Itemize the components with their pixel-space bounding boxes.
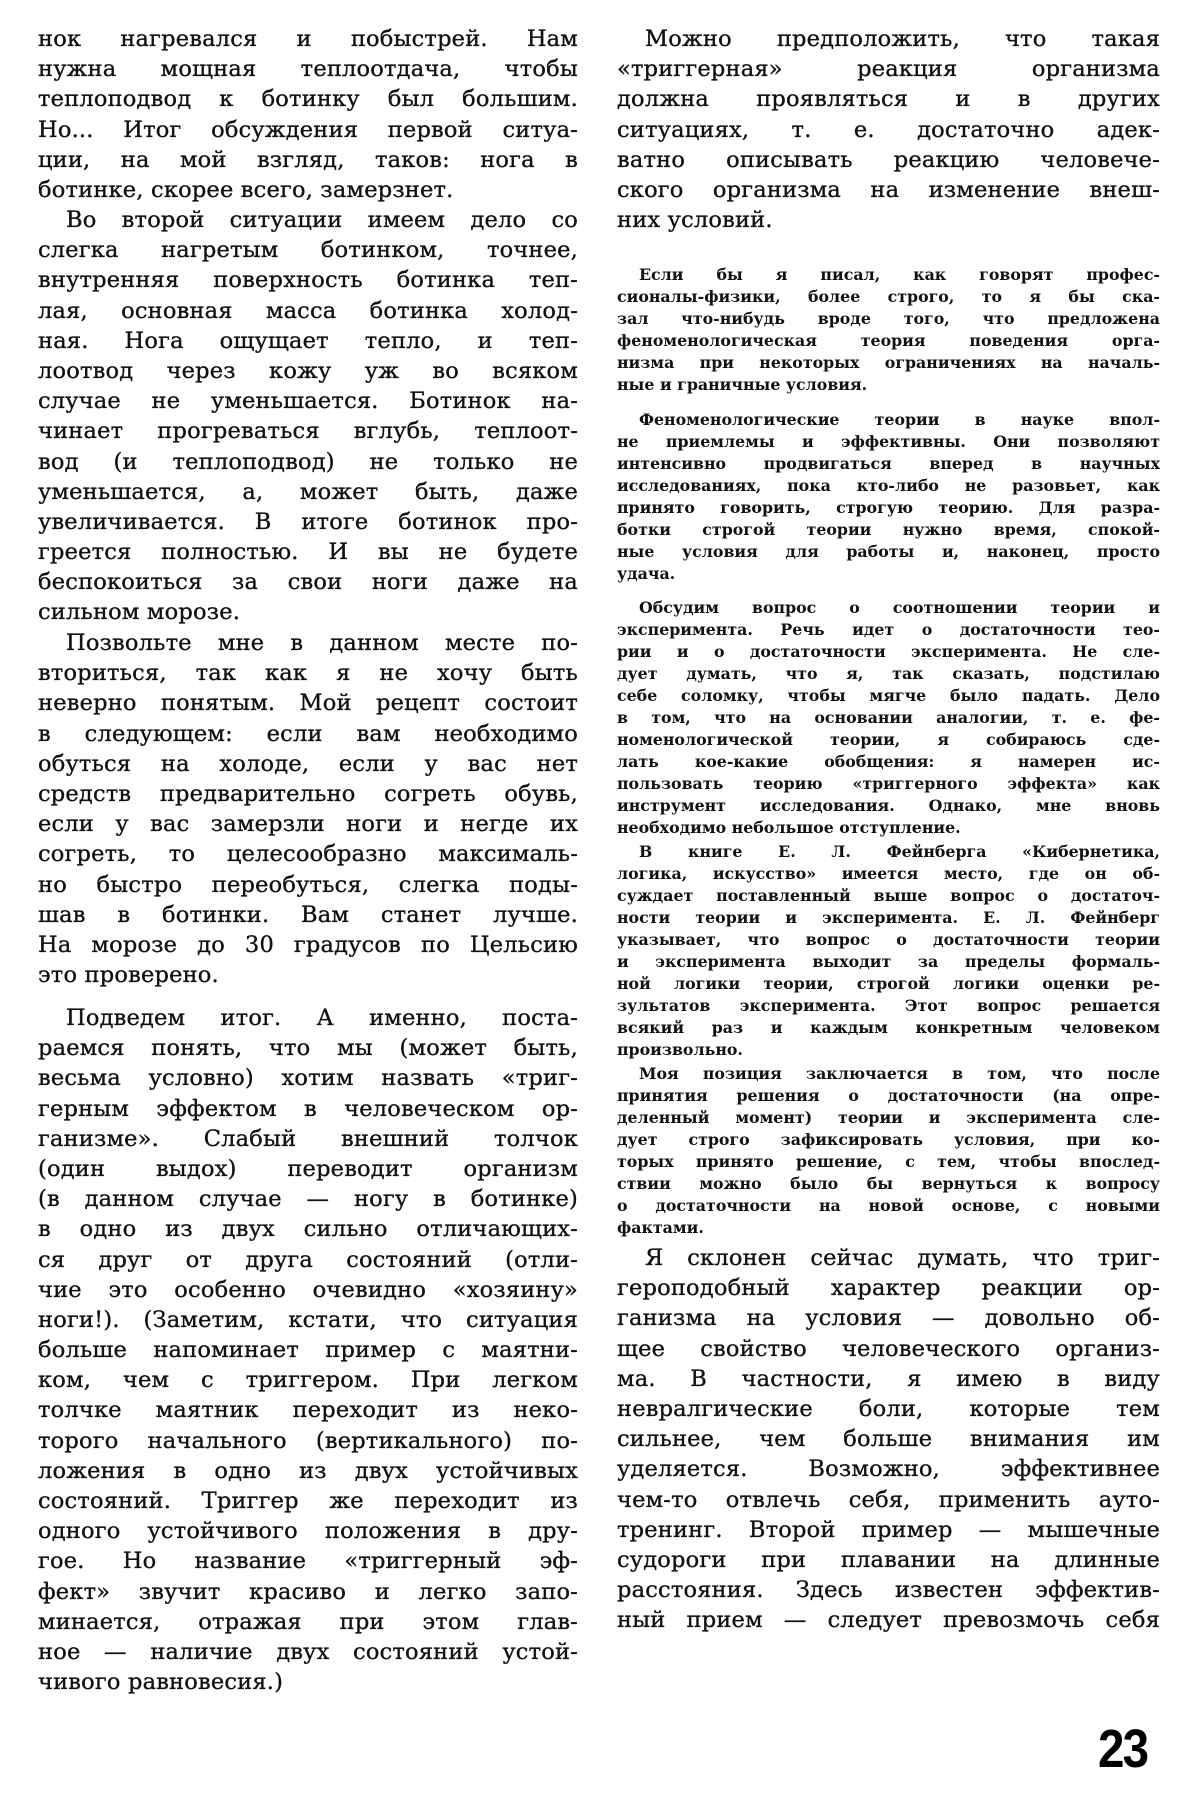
text-line: ный прием — следует превозмочь себя	[617, 1605, 1160, 1635]
text-line: щее свойство человеческого организ-	[617, 1334, 1160, 1364]
text-line: Феноменологические теории в науке впол-	[617, 409, 1160, 431]
text-line: ситуациях, т. е. достаточно адек-	[617, 115, 1160, 145]
text-line: толчке маятник переходит из неко-	[38, 1395, 578, 1425]
text-line: чем-то отвлечь себя, применить ауто-	[617, 1485, 1160, 1515]
text-line: судороги при плавании на длинные	[617, 1545, 1160, 1575]
paragraph-theory-experiment: Обсудим вопрос о соотношении теории и эк…	[617, 597, 1160, 839]
text-line: обуться на холоде, если у вас нет	[38, 749, 578, 779]
text-line: сильном морозе.	[38, 597, 578, 627]
text-line: не приемлемы и эффективны. Они позволяют	[617, 431, 1160, 453]
text-line: это проверено.	[38, 960, 578, 990]
text-line: уменьшается, а, может быть, даже	[38, 477, 578, 507]
text-line: чие это особенно очевидно «хозяину»	[38, 1275, 578, 1305]
paragraph-second-situation: Во второй ситуации имеем дело со слегка …	[38, 205, 578, 628]
text-line: фект» звучит красиво и легко запо-	[38, 1577, 578, 1607]
text-line: исследованиях, пока кто-либо не разовьет…	[617, 475, 1160, 497]
text-line: (один выдох) переводит организм	[38, 1154, 578, 1184]
text-line: средств предварительно согреть обувь,	[38, 779, 578, 809]
text-line: феноменологическая теория поведения орга…	[617, 330, 1160, 352]
text-line: Можно предположить, что такая	[617, 24, 1160, 54]
text-line: зал что-нибудь вроде того, что предложен…	[617, 308, 1160, 330]
text-line: деленный момент) теории и эксперимента с…	[617, 1107, 1160, 1129]
text-line: ганизме». Слабый внешний толчок	[38, 1124, 578, 1154]
text-line: необходимо небольшое отступление.	[617, 817, 1160, 839]
text-line: в одно из двух сильно отличающих-	[38, 1214, 578, 1244]
text-line: больше напоминает пример с маятни-	[38, 1335, 578, 1365]
paragraph-phenomenological-theories-science: Феноменологические теории в науке впол- …	[617, 409, 1160, 585]
page-number: 23	[1098, 1722, 1147, 1776]
text-line: раемся понять, что мы (может быть,	[38, 1033, 578, 1063]
paragraph-intro-trigger-reaction: Можно предположить, что такая «триггерна…	[617, 24, 1160, 235]
text-line: и эксперимента выходит за пределы формал…	[617, 951, 1160, 973]
text-line: нок нагревался и побыстрей. Нам	[38, 24, 578, 54]
text-line: невралгические боли, которые тем	[617, 1394, 1160, 1424]
text-line: неверно понятым. Мой рецепт состоит	[38, 688, 578, 718]
text-line: «триггерная» реакция организма	[617, 54, 1160, 84]
text-line: дует думать, что я, так сказать, подстил…	[617, 663, 1160, 685]
text-line: лать кое-какие обобщения: я намерен ис-	[617, 751, 1160, 773]
text-line: ствии можно было бы вернуться к вопросу	[617, 1173, 1160, 1195]
text-line: вториться, так как я не хочу быть	[38, 658, 578, 688]
text-line: зультатов эксперимента. Этот вопрос реша…	[617, 995, 1160, 1017]
text-line: гое. Но название «триггерный эф-	[38, 1546, 578, 1576]
text-line: беспокоиться за свои ноги даже на	[38, 567, 578, 597]
text-line: суждает поставленный выше вопрос о доста…	[617, 885, 1160, 907]
text-line: пользовать теорию «триггерного эффекта» …	[617, 773, 1160, 795]
text-line: чинает прогреваться вглубь, теплоот-	[38, 416, 578, 446]
text-line: увеличивается. В итоге ботинок про-	[38, 507, 578, 537]
text-line: них условий.	[617, 205, 1160, 235]
text-line: но быстро переобуться, слегка поды-	[38, 870, 578, 900]
text-line: лая, основная масса ботинка холод-	[38, 296, 578, 326]
text-line: принятия решения о достаточности (на опр…	[617, 1085, 1160, 1107]
text-line: ботки строгой теории нужно время, спокой…	[617, 519, 1160, 541]
paragraph-summary-trigger-effect: Подведем итог. А именно, поста- раемся п…	[38, 1003, 578, 1697]
text-line: лоотвод через кожу уж во всяком	[38, 356, 578, 386]
text-line: ной логики теории, строгой логики оценки…	[617, 973, 1160, 995]
text-line: удача.	[617, 563, 1160, 585]
text-line: о достаточности на новой основе, с новым…	[617, 1195, 1160, 1217]
text-line: случае не уменьшается. Ботинок на-	[38, 386, 578, 416]
text-line: состояний. Триггер же переходит из	[38, 1486, 578, 1516]
text-line: торых принято решение, с тем, чтобы впос…	[617, 1151, 1160, 1173]
paragraph-recipe: Позвольте мне в данном месте по- вторить…	[38, 628, 578, 990]
text-line: В книге Е. Л. Фейнберга «Кибернетика,	[617, 841, 1160, 863]
text-line: одного устойчивого положения в дру-	[38, 1516, 578, 1546]
text-line: Во второй ситуации имеем дело со	[38, 205, 578, 235]
text-line: нужна мощная теплоотдача, чтобы	[38, 54, 578, 84]
text-line: всякий раз и каждым конкретным человеком	[617, 1017, 1160, 1039]
text-line: фактами.	[617, 1217, 1160, 1239]
paragraph-author-position: Моя позиция заключается в том, что после…	[617, 1063, 1160, 1239]
text-line: тренинг. Второй пример — мышечные	[617, 1515, 1160, 1545]
text-line: расстояния. Здесь известен эффектив-	[617, 1575, 1160, 1605]
text-line: в том, что на основании аналогии, т. е. …	[617, 707, 1160, 729]
paragraph-trigger-like-reaction: Я склонен сейчас думать, что триг- героп…	[617, 1243, 1160, 1635]
text-line: вод (и теплоподвод) не только не	[38, 447, 578, 477]
text-line: интенсивно продвигаться вперед в научных	[617, 453, 1160, 475]
text-line: ное — наличие двух состояний устой-	[38, 1637, 578, 1667]
text-line: ботинке, скорее всего, замерзнет.	[38, 175, 578, 205]
text-line: Обсудим вопрос о соотношении теории и	[617, 597, 1160, 619]
text-line: ватно описывать реакцию человече-	[617, 145, 1160, 175]
text-line: ные условия для работы и, наконец, прост…	[617, 541, 1160, 563]
text-line: согреть, то целесообразно максималь-	[38, 839, 578, 869]
text-line: инструмент исследования. Однако, мне вно…	[617, 795, 1160, 817]
text-line: ского организма на изменение внеш-	[617, 175, 1160, 205]
text-line: ции, на мой взгляд, таков: нога в	[38, 145, 578, 175]
text-line: Но... Итог обсуждения первой ситуа-	[38, 115, 578, 145]
text-line: Я склонен сейчас думать, что триг-	[617, 1243, 1160, 1273]
text-line: ся друг от друга состояний (отли-	[38, 1245, 578, 1275]
text-line: уделяется. Возможно, эффективнее	[617, 1454, 1160, 1484]
text-line: (в данном случае — ногу в ботинке)	[38, 1184, 578, 1214]
text-line: ма. В частности, я имею в виду	[617, 1364, 1160, 1394]
text-line: внутренняя поверхность ботинка теп-	[38, 265, 578, 295]
text-line: ные и граничные условия.	[617, 374, 1160, 396]
text-line: если у вас замерзли ноги и негде их	[38, 809, 578, 839]
text-line: ности теории и эксперимента. Е. Л. Фейнб…	[617, 907, 1160, 929]
text-line: себе соломку, чтобы мягче было падать. Д…	[617, 685, 1160, 707]
text-line: весьма условно) хотим назвать «триг-	[38, 1063, 578, 1093]
text-line: эксперимента. Речь идет о достаточности …	[617, 619, 1160, 641]
text-line: На морозе до 30 градусов по Цельсию	[38, 930, 578, 960]
text-line: торого начального (вертикального) по-	[38, 1426, 578, 1456]
text-line: указывает, что вопрос о достаточности те…	[617, 929, 1160, 951]
text-line: рии и о достаточности эксперимента. Не с…	[617, 641, 1160, 663]
text-line: теплоподвод к ботинку был большим.	[38, 84, 578, 114]
text-line: чивого равновесия.)	[38, 1667, 578, 1697]
text-line: ганизма на условия — довольно об-	[617, 1303, 1160, 1333]
text-line: минается, отражая при этом глав-	[38, 1607, 578, 1637]
text-line: слегка нагретым ботинком, точнее,	[38, 235, 578, 265]
text-line: ная. Нога ощущает тепло, и теп-	[38, 326, 578, 356]
text-line: ноги!). (Заметим, кстати, что ситуация	[38, 1305, 578, 1335]
text-line: номенологической теории, я собираюсь сде…	[617, 729, 1160, 751]
paragraph-first-situation-conclusion: нок нагревался и побыстрей. Нам нужна мо…	[38, 24, 578, 205]
text-line: Подведем итог. А именно, поста-	[38, 1003, 578, 1033]
text-line: Позвольте мне в данном месте по-	[38, 628, 578, 658]
paragraph-phenomenological-theory: Если бы я писал, как говорят профес- сио…	[617, 264, 1160, 396]
text-line: дует строго зафиксировать условия, при к…	[617, 1129, 1160, 1151]
text-line: должна проявляться и в других	[617, 84, 1160, 114]
paragraph-feinberg-book: В книге Е. Л. Фейнберга «Кибернетика, ло…	[617, 841, 1160, 1061]
text-line: шав в ботинки. Вам станет лучше.	[38, 900, 578, 930]
text-line: Моя позиция заключается в том, что после	[617, 1063, 1160, 1085]
text-line: греется полностью. И вы не будете	[38, 537, 578, 567]
text-line: ложения в одно из двух устойчивых	[38, 1456, 578, 1486]
text-line: логика, искусство» имеется место, где он…	[617, 863, 1160, 885]
text-line: принято говорить, строгую теорию. Для ра…	[617, 497, 1160, 519]
text-line: герным эффектом в человеческом ор-	[38, 1094, 578, 1124]
text-line: сионалы-физики, более строго, то я бы ск…	[617, 286, 1160, 308]
text-line: сильнее, чем больше внимания им	[617, 1424, 1160, 1454]
text-line: ком, чем с триггером. При легком	[38, 1365, 578, 1395]
text-line: героподобный характер реакции ор-	[617, 1273, 1160, 1303]
text-line: низма при некоторых ограничениях на нача…	[617, 352, 1160, 374]
text-line: Если бы я писал, как говорят профес-	[617, 264, 1160, 286]
text-line: произвольно.	[617, 1039, 1160, 1061]
text-line: в следующем: если вам необходимо	[38, 719, 578, 749]
